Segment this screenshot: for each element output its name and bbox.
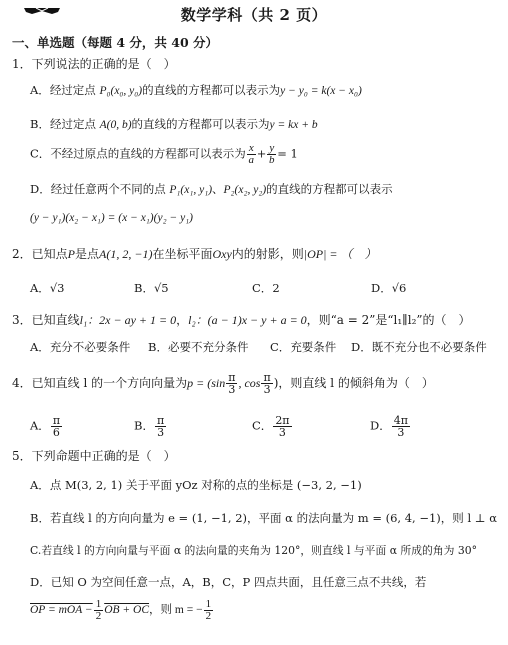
option-text: 必要不充分条件 xyxy=(168,340,249,354)
q4-option-d: D．4π3 xyxy=(370,415,411,438)
math-expr: P xyxy=(68,247,75,261)
question-stem: 下列命题中正确的是（ ） xyxy=(32,449,176,463)
math-expr: P₂(x₂, y₂) xyxy=(224,184,267,196)
fraction: 12 xyxy=(94,599,104,622)
option-label: C. xyxy=(30,544,41,557)
fraction: π3 xyxy=(261,372,272,395)
math-expr: y = kx + b xyxy=(270,119,318,131)
question-text: ，则“a = 2”是“l₁∥l₂”的（ ） xyxy=(307,313,471,327)
question-text: 已知直线 xyxy=(32,313,80,327)
option-text: 的直线的方程都可以表示为 xyxy=(142,83,280,97)
q5-option-a: A．点 M(3, 2, 1) 关于平面 yOz 对称的点的坐标是 (−3, 2,… xyxy=(30,477,362,493)
option-text: 既不充分也不必要条件 xyxy=(372,340,487,354)
fraction: π6 xyxy=(51,415,62,438)
option-label: C． xyxy=(252,419,272,433)
math-expr: P₁(x₁, y₁) xyxy=(169,184,212,196)
separator: 、 xyxy=(212,182,224,196)
question-number: 5． xyxy=(12,449,32,463)
option-text: 经过任意两个不同的点 xyxy=(51,182,166,196)
q2-option-d: D．√6 xyxy=(371,280,406,296)
question-3: 3．已知直线l₁：2x − ay + 1 = 0，l₂：(a − 1)x − y… xyxy=(12,311,471,328)
option-label: D． xyxy=(351,340,372,354)
question-5: 5．下列命题中正确的是（ ） xyxy=(12,447,176,464)
q5-option-d: D．已知 O 为空间任意一点，A，B，C，P 四点共面，且任意三点不共线，若 xyxy=(30,574,426,590)
q1-option-d-equation: (y − y₁)(x₂ − x₁) = (x − x₁)(y₂ − y₁) xyxy=(30,212,193,224)
q2-option-b: B．√5 xyxy=(134,280,169,296)
option-label: C． xyxy=(30,147,50,161)
question-text: 在坐标平面 xyxy=(152,247,212,261)
q1-option-d: D．经过任意两个不同的点 P₁(x₁, y₁)、P₂(x₂, y₂)的直线的方程… xyxy=(30,181,393,197)
option-label: D． xyxy=(370,419,391,433)
question-number: 2． xyxy=(12,247,32,261)
fraction: yb xyxy=(267,143,276,166)
option-value: √6 xyxy=(392,281,407,295)
option-value: √5 xyxy=(154,281,169,295)
math-expr: ，则 m = − xyxy=(149,604,203,616)
option-label: C． xyxy=(252,281,272,295)
math-expr: p = (sin xyxy=(187,376,225,390)
q3-option-a: A．充分不必要条件 xyxy=(30,339,130,355)
fraction: 2π3 xyxy=(273,415,291,438)
fraction: 12 xyxy=(204,599,214,622)
q4-option-a: A．π6 xyxy=(30,415,63,438)
option-label: C． xyxy=(270,340,290,354)
plus-sign: + xyxy=(257,147,267,161)
q5-option-c: C.若直线 l 的方向向量与平面 α 的法向量的夹角为 120°，则直线 l 与… xyxy=(30,543,477,558)
option-text: 若直线 l 的方向向量为 e = (1, −1, 2)，平面 α 的法向量为 m… xyxy=(50,511,497,525)
option-text: 的直线的方程都可以表示 xyxy=(266,182,393,196)
question-text: ，则直线 l 的倾斜角为（ ） xyxy=(278,376,433,390)
q5-option-d-equation: OP = mOA −12OB + OC，则 m = −12 xyxy=(30,599,214,622)
q2-option-a: A．√3 xyxy=(30,280,64,296)
math-expr: A(1, 2, −1) xyxy=(99,247,152,261)
math-expr: OP = mOA − xyxy=(30,604,93,616)
option-label: B． xyxy=(134,419,154,433)
q1-option-c: C．不经过原点的直线的方程都可以表示为xa+yb= 1 xyxy=(30,143,298,166)
math-expr: P₀(x₀, y₀) xyxy=(99,85,142,97)
math-expr: l₁：2x − ay + 1 = 0 xyxy=(80,313,176,327)
q4-option-b: B．π3 xyxy=(134,415,167,438)
q1-option-b: B．经过定点 A(0, b)的直线的方程都可以表示为y = kx + b xyxy=(30,116,318,132)
math-expr: Oxy xyxy=(212,247,231,261)
q5-option-b: B．若直线 l 的方向向量为 e = (1, −1, 2)，平面 α 的法向量为… xyxy=(30,510,497,526)
question-text: 已知点 xyxy=(32,247,68,261)
option-text: 经过定点 xyxy=(50,117,96,131)
math-expr: |OP| = （ ） xyxy=(304,247,377,261)
option-label: B． xyxy=(30,117,50,131)
fraction: xa xyxy=(247,143,256,166)
option-label: A． xyxy=(30,340,50,354)
question-text: 已知直线 l 的一个方向向量为 xyxy=(32,376,187,390)
fraction: π3 xyxy=(155,415,166,438)
math-expr: y − y₀ = k(x − x₀) xyxy=(280,85,362,97)
separator: ， xyxy=(176,313,188,327)
option-label: D． xyxy=(30,575,51,589)
option-text: 充分不必要条件 xyxy=(50,340,131,354)
option-text: 的直线的方程都可以表示为 xyxy=(132,117,270,131)
question-1: 1．下列说法的正确的是（ ） xyxy=(12,55,176,72)
option-label: A． xyxy=(30,478,50,492)
option-label: D． xyxy=(30,182,51,196)
math-expr: , cos xyxy=(238,376,260,390)
question-4: 4．已知直线 l 的一个方向向量为p = (sinπ3, cosπ3)，则直线 … xyxy=(12,372,434,395)
option-text: 若直线 l 的方向向量与平面 α 的法向量的夹角为 120°，则直线 l 与平面… xyxy=(41,544,477,557)
option-label: A． xyxy=(30,83,50,97)
question-number: 4． xyxy=(12,376,32,390)
option-text: 充要条件 xyxy=(290,340,336,354)
math-expr: = 1 xyxy=(277,147,298,161)
option-label: A． xyxy=(30,419,50,433)
question-text: 内的射影，则 xyxy=(232,247,304,261)
option-text: 已知 O 为空间任意一点，A，B，C，P 四点共面，且任意三点不共线，若 xyxy=(51,575,427,589)
page-title: 数学学科（共 2 页） xyxy=(0,4,508,25)
math-expr: OB + OC xyxy=(104,604,149,616)
math-expr: A(0, b) xyxy=(100,119,132,131)
question-number: 1． xyxy=(12,57,32,71)
q3-option-b: B．必要不充分条件 xyxy=(148,339,248,355)
option-value: 2 xyxy=(272,281,279,295)
section-heading: 一、单选题（每题 4 分，共 40 分） xyxy=(12,33,218,51)
option-label: B． xyxy=(134,281,154,295)
question-2: 2．已知点P是点A(1, 2, −1)在坐标平面Oxy内的射影，则|OP| = … xyxy=(12,245,377,262)
q4-option-c: C．2π3 xyxy=(252,415,293,438)
fraction: 4π3 xyxy=(392,415,410,438)
option-label: B． xyxy=(30,511,50,525)
option-label: B． xyxy=(148,340,168,354)
question-number: 3． xyxy=(12,313,32,327)
question-text: 是点 xyxy=(75,247,99,261)
option-label: A． xyxy=(30,281,50,295)
fraction: π3 xyxy=(226,372,237,395)
q3-option-c: C．充要条件 xyxy=(270,339,336,355)
option-text: 不经过原点的直线的方程都可以表示为 xyxy=(50,147,246,161)
option-text: 经过定点 xyxy=(50,83,96,97)
option-text: 点 M(3, 2, 1) 关于平面 yOz 对称的点的坐标是 (−3, 2, −… xyxy=(50,478,362,492)
math-expr: l₂：(a − 1)x − y + a = 0 xyxy=(188,313,307,327)
q2-option-c: C．2 xyxy=(252,280,280,296)
q1-option-a: A．经过定点 P₀(x₀, y₀)的直线的方程都可以表示为y − y₀ = k(… xyxy=(30,82,362,98)
q3-option-d: D．既不充分也不必要条件 xyxy=(351,339,487,355)
option-value: √3 xyxy=(50,281,65,295)
option-label: D． xyxy=(371,281,392,295)
question-stem: 下列说法的正确的是（ ） xyxy=(32,57,176,71)
